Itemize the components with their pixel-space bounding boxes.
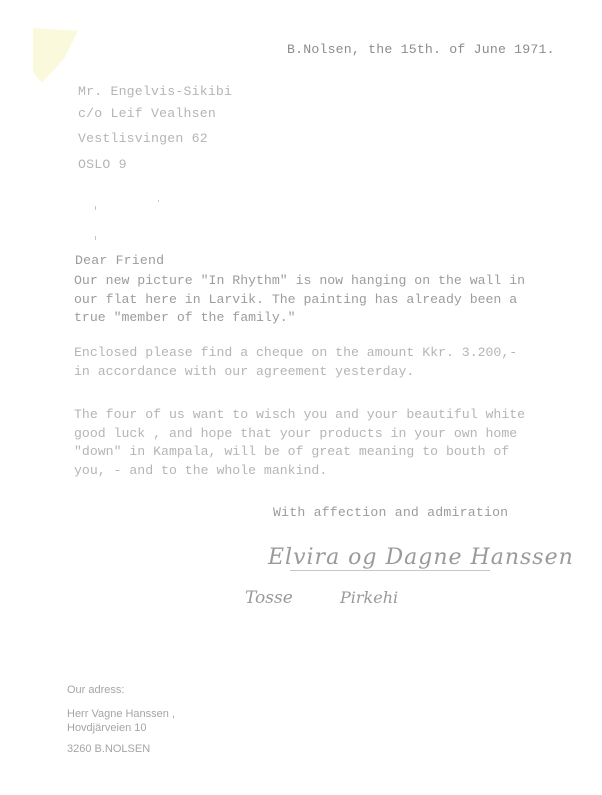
sender-address-label: Our adress:	[67, 684, 124, 696]
paper-stain	[33, 28, 78, 83]
closing: With affection and admiration	[273, 505, 508, 521]
recipient-city: OSLO 9	[78, 157, 127, 173]
body-paragraph-3: The four of us want to wisch you and you…	[74, 406, 525, 480]
recipient-street: Vestlisvingen 62	[78, 131, 208, 147]
body-line: Enclosed please find a cheque on the amo…	[74, 344, 517, 363]
letter-page: B.Nolsen, the 15th. of June 1971. Mr. En…	[0, 0, 602, 795]
signature-line-1: Elvira og Dagne Hanssen	[268, 545, 574, 570]
body-line: our flat here in Larvik. The painting ha…	[74, 291, 525, 310]
signature-underline	[290, 570, 490, 571]
body-line: you, - and to the whole mankind.	[74, 462, 525, 481]
body-paragraph-2: Enclosed please find a cheque on the amo…	[74, 344, 517, 381]
body-line: good luck , and hope that your products …	[74, 425, 525, 444]
body-line: in accordance with our agreement yesterd…	[74, 363, 517, 382]
speck	[95, 236, 96, 240]
body-paragraph-1: Our new picture "In Rhythm" is now hangi…	[74, 272, 525, 328]
recipient-care-of: c/o Leif Vealhsen	[78, 106, 216, 122]
sender-name: Herr Vagne Hanssen ,	[67, 708, 175, 720]
signature-line-2b: Pirkehi	[340, 588, 398, 607]
signature-line-2a: Tosse	[245, 588, 293, 608]
salutation: Dear Friend	[75, 253, 164, 269]
recipient-name: Mr. Engelvis-Sikibi	[78, 84, 232, 100]
speck	[158, 200, 159, 202]
date-line: B.Nolsen, the 15th. of June 1971.	[287, 42, 555, 58]
sender-city: 3260 B.NOLSEN	[67, 743, 150, 755]
speck	[95, 206, 96, 210]
sender-street: Hovdjärveien 10	[67, 722, 147, 734]
body-line: The four of us want to wisch you and you…	[74, 406, 525, 425]
body-line: Our new picture "In Rhythm" is now hangi…	[74, 272, 525, 291]
body-line: true "member of the family."	[74, 309, 525, 328]
body-line: "down" in Kampala, will be of great mean…	[74, 443, 525, 462]
